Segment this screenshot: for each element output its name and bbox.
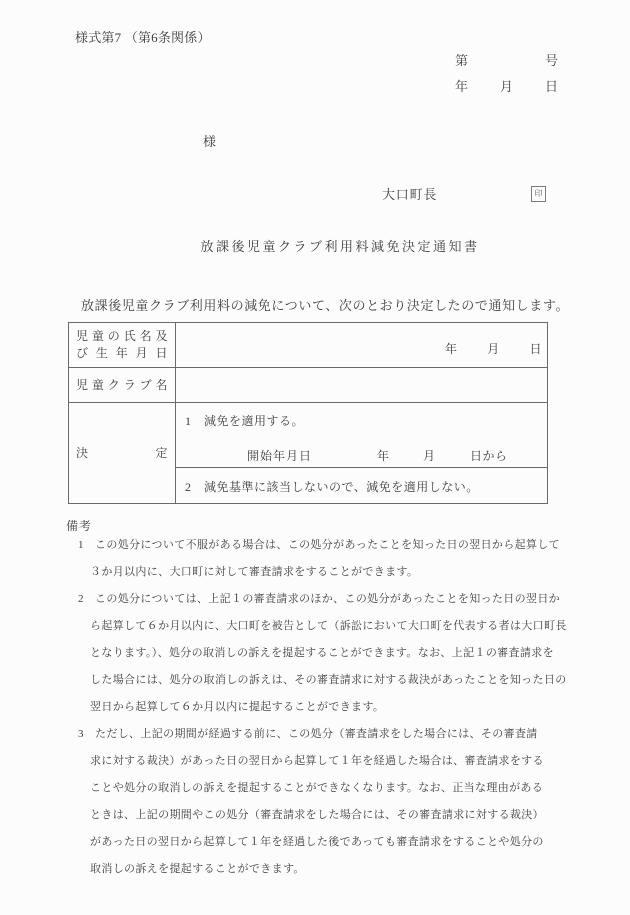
start-year-label: 年 xyxy=(377,447,390,464)
remark-1-number: 1 xyxy=(78,532,84,559)
remark-3-line-3: ことや処分の取消しの訴えを提起することができなくなります。なお、正当な理由がある xyxy=(90,775,630,802)
birth-month-label: 月 xyxy=(487,340,500,357)
start-day-from-label: 日から xyxy=(470,447,508,464)
remark-2-line-3: となります。）、処分の取消しの訴えを提起することができます。なお、上記１の審査請… xyxy=(90,640,630,667)
club-name-value-cell xyxy=(176,368,547,402)
remark-2-line-2: ら起算して６か月以内に、大口町を被告として（訴訟において大口町を代表する者は大口… xyxy=(90,613,630,640)
decision-table: 児童の氏名及 び生年月日 年 月 日 児童クラブ名 決定 xyxy=(68,322,548,504)
seal-icon: 印 xyxy=(531,186,546,202)
decision-header-cell: 決定 xyxy=(69,403,176,503)
start-date-label: 開始年月日 xyxy=(247,447,312,464)
birth-year-label: 年 xyxy=(445,340,458,357)
remark-item-2: 2 この処分については、上記１の審査請求のほか、この処分があったことを知った日の… xyxy=(0,586,630,721)
document-number-suffix: 号 xyxy=(545,50,558,69)
remark-3-line-1: ただし、上記の期間が経過する前に、この処分（審査請求をした場合には、その審査請 xyxy=(90,721,630,748)
remark-2-line-1: この処分については、上記１の審査請求のほか、この処分があったことを知った日の翌日… xyxy=(90,586,630,613)
child-name-header-cell: 児童の氏名及 び生年月日 xyxy=(69,323,176,367)
birthdate-placeholder: 年 月 日 xyxy=(445,340,542,357)
remark-3-line-2: 求に対する裁決）があった日の翌日から起算して１年を経過した場合は、審査請求をする xyxy=(90,748,630,775)
addressee-honorific: 様 xyxy=(203,131,216,150)
table-row-club-name: 児童クラブ名 xyxy=(69,368,547,403)
remark-3-line-4: ときは、上記の期間やこの処分（審査請求をした場合には、その審査請求に対する裁決） xyxy=(90,802,630,829)
decision-option1-cell: 1 減免を適用する。 開始年月日 年 月 日から xyxy=(176,403,547,468)
form-number-label: 様式第7 （第6条関係） xyxy=(75,27,211,46)
start-month-label: 月 xyxy=(423,447,436,464)
intro-paragraph: 放課後児童クラブ利用料の減免について、次のとおり決定したので通知します。 xyxy=(68,295,569,314)
document-title: 放課後児童クラブ利用料減免決定通知書 xyxy=(0,236,630,255)
club-name-header-label: 児童クラブ名 xyxy=(76,377,168,394)
notification-document: 様式第7 （第6条関係） 第 号 年 月 日 様 大口町長 印 放課後児童クラブ… xyxy=(0,0,630,915)
document-number-line: 第 号 xyxy=(455,50,558,69)
remarks-list: 1 この処分について不服がある場合は、この処分があったことを知った日の翌日から起… xyxy=(0,532,630,883)
date-month-label: 月 xyxy=(500,76,513,95)
date-day-label: 日 xyxy=(545,76,558,95)
document-number-prefix: 第 xyxy=(455,50,468,69)
table-row-decision: 決定 1 減免を適用する。 開始年月日 年 月 日から 2 減免基準に該当しない… xyxy=(69,403,547,503)
remark-2-line-4: した場合には、処分の取消しの訴えは、その審査請求に対する裁決があったことを知った… xyxy=(90,667,630,694)
birth-day-label: 日 xyxy=(529,340,542,357)
child-name-header-line2: び生年月日 xyxy=(76,345,168,362)
remark-2-line-5: 翌日から起算して６か月以内に提起することができます。 xyxy=(90,694,630,721)
club-name-header-cell: 児童クラブ名 xyxy=(69,368,176,402)
remark-1-line-2: ３か月以内に、大口町に対して審査請求をすることができます。 xyxy=(90,559,630,586)
date-year-label: 年 xyxy=(455,76,468,95)
decision-option2-text: 2 減免基準に該当しないので、減免を適用しない。 xyxy=(185,478,479,495)
remark-item-3: 3 ただし、上記の期間が経過する前に、この処分（審査請求をした場合には、その審査… xyxy=(0,721,630,883)
issuer-name: 大口町長 xyxy=(382,184,437,203)
decision-value-cell: 1 減免を適用する。 開始年月日 年 月 日から 2 減免基準に該当しないので、… xyxy=(176,403,547,503)
remark-1-line-1: この処分について不服がある場合は、この処分があったことを知った日の翌日から起算し… xyxy=(90,532,630,559)
child-name-value-cell: 年 月 日 xyxy=(176,323,547,367)
decision-option2-cell: 2 減免基準に該当しないので、減免を適用しない。 xyxy=(176,468,547,503)
child-name-header-line1: 児童の氏名及 xyxy=(76,328,168,345)
table-row-child-name: 児童の氏名及 び生年月日 年 月 日 xyxy=(69,323,547,368)
remark-3-number: 3 xyxy=(78,721,84,748)
remark-3-line-6: 取消しの訴えを提起することができます。 xyxy=(90,856,630,883)
issue-date-line: 年 月 日 xyxy=(455,76,558,95)
remark-3-line-5: があった日の翌日から起算して１年を経過した後であっても審査請求をすることや処分の xyxy=(90,829,630,856)
remark-item-1: 1 この処分について不服がある場合は、この処分があったことを知った日の翌日から起… xyxy=(0,532,630,586)
decision-header-label: 決定 xyxy=(76,445,168,462)
remark-2-number: 2 xyxy=(78,586,84,613)
decision-option1-text: 1 減免を適用する。 xyxy=(185,412,304,429)
